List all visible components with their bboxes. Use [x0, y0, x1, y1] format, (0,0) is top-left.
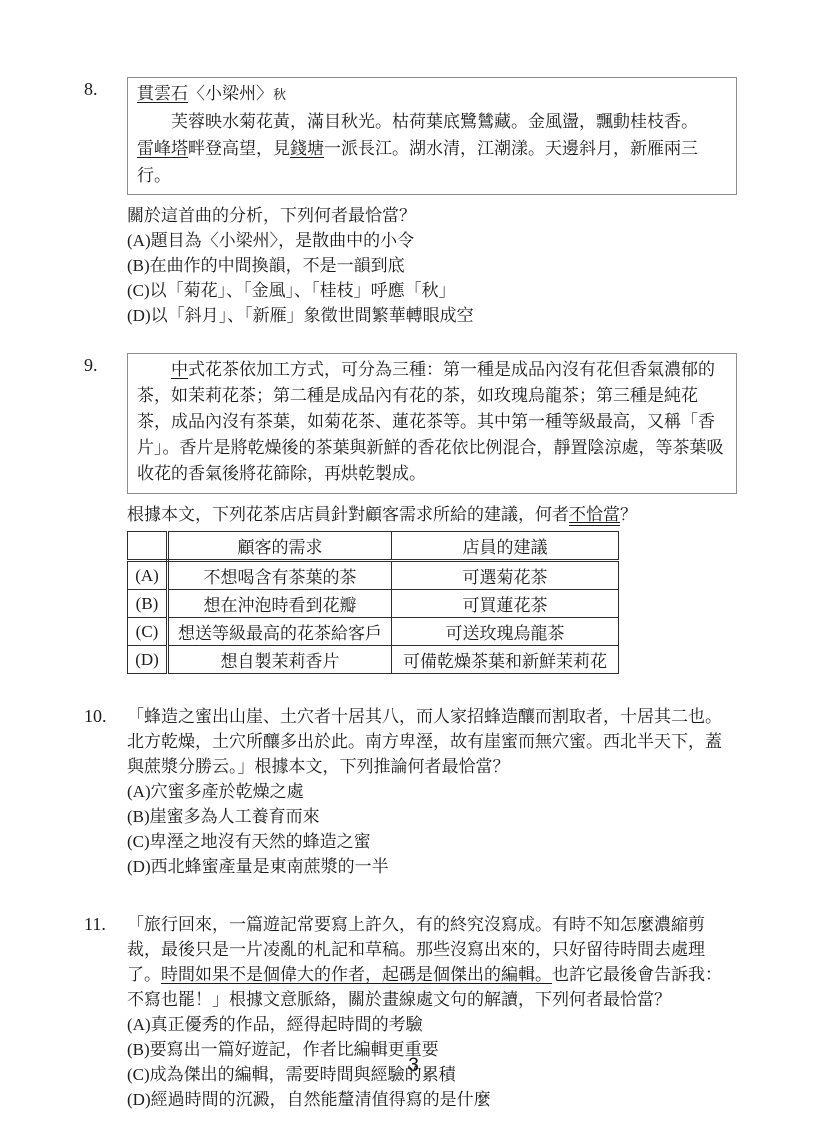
row-label: (D) — [128, 646, 168, 674]
table-corner-cell — [128, 532, 168, 561]
row-need: 不想喝含有茶葉的茶 — [168, 561, 392, 590]
question-11-number: 11. — [84, 912, 127, 937]
row-label: (B) — [128, 590, 168, 618]
question-8-option-a: (A)題目為〈小梁州〉，是散曲中的小令 — [127, 228, 737, 253]
passage-text: 畔登高望，見 — [188, 139, 290, 158]
row-advice: 可選菊花茶 — [392, 561, 619, 590]
row-label: (A) — [128, 561, 168, 590]
question-9-prompt: 根據本文，下列花茶店店員針對顧客需求所給的建議，何者不恰當？ — [127, 502, 737, 527]
table-header-advice: 店員的建議 — [392, 532, 619, 561]
question-11-body: 「旅行回來，一篇遊記常要寫上許久，有的終究沒寫成。有時不知怎麼濃縮剪裁，最後只是… — [127, 912, 737, 1112]
question-9-passage-box: 中式花茶依加工方式，可分為三種：第一種是成品內沒有花但香氣濃郁的茶，如茉莉花茶；… — [127, 353, 737, 494]
question-8-passage-box: 貫雲石〈小梁州〉秋 芙蓉映水菊花黃，滿目秋光。枯荷葉底鷺鷥藏。金風盪，飄動桂枝香… — [127, 77, 737, 195]
question-9-table: 顧客的需求 店員的建議 (A) 不想喝含有茶葉的茶 可選菊花茶 (B) 想在沖泡… — [127, 531, 619, 674]
question-11-text: 「旅行回來，一篇遊記常要寫上許久，有的終究沒寫成。有時不知怎麼濃縮剪裁，最後只是… — [127, 912, 737, 1012]
underlined-place-name: 雷峰塔 — [137, 139, 188, 158]
question-10-option-d: (D)西北蜂蜜產量是東南蔗漿的一半 — [127, 854, 737, 879]
row-label: (C) — [128, 618, 168, 646]
underlined-author-name: 貫雲石 — [137, 84, 188, 103]
passage-line-2: 芙蓉映水菊花黃，滿目秋光。枯荷葉底鷺鷥藏。金風盪，飄動桂枝香。 — [137, 108, 726, 135]
question-10: 10. 「蜂造之蜜出山崖、土穴者十居其八，而人家招蜂造釀而割取者，十居其二也。北… — [84, 704, 737, 879]
question-11: 11. 「旅行回來，一篇遊記常要寫上許久，有的終究沒寫成。有時不知怎麼濃縮剪裁，… — [84, 912, 737, 1112]
question-8-option-d: (D)以「斜月」、「新雁」象徵世間繁華轉眼成空 — [127, 303, 737, 328]
table-header: 顧客的需求 店員的建議 — [128, 532, 619, 561]
double-underlined-term: 不恰當 — [569, 505, 620, 524]
question-8-prompt: 關於這首曲的分析，下列何者最恰當？ — [127, 203, 737, 228]
question-9: 9. 中式花茶依加工方式，可分為三種：第一種是成品內沒有花但香氣濃郁的茶，如茉莉… — [84, 353, 737, 674]
question-8-option-b: (B)在曲作的中間換韻，不是一韻到底 — [127, 253, 737, 278]
question-10-number: 10. — [84, 704, 127, 729]
underlined-first-char: 中 — [171, 360, 188, 379]
work-title: 〈小梁州〉 — [188, 84, 273, 103]
question-10-option-c: (C)卑溼之地沒有天然的蜂造之蜜 — [127, 829, 737, 854]
underlined-place-name: 錢塘 — [290, 139, 324, 158]
table-row-b: (B) 想在沖泡時看到花瓣 可買蓮花茶 — [128, 590, 619, 618]
row-need: 想在沖泡時看到花瓣 — [168, 590, 392, 618]
question-10-option-a: (A)穴蜜多產於乾燥之處 — [127, 779, 737, 804]
row-advice: 可買蓮花茶 — [392, 590, 619, 618]
row-advice: 可備乾燥茶葉和新鮮茉莉花 — [392, 646, 619, 674]
exam-page: 8. 貫雲石〈小梁州〉秋 芙蓉映水菊花黃，滿目秋光。枯荷葉底鷺鷥藏。金風盪，飄動… — [0, 0, 827, 1142]
row-advice: 可送玫瑰烏龍茶 — [392, 618, 619, 646]
question-11-option-d: (D)經過時間的沉澱，自然能釐清值得寫的是什麼 — [127, 1087, 737, 1112]
passage-text: 式花茶依加工方式，可分為三種：第一種是成品內沒有花但香氣濃郁的茶，如茉莉花茶；第… — [137, 360, 724, 483]
passage-line-3: 雷峰塔畔登高望，見錢塘一派長江。湖水清，江潮漾。天邊斜月，新雁兩三行。 — [137, 135, 726, 189]
prompt-text: ？ — [620, 505, 637, 524]
table-body: (A) 不想喝含有茶葉的茶 可選菊花茶 (B) 想在沖泡時看到花瓣 可買蓮花茶 … — [128, 561, 619, 674]
row-need: 想送等級最高的花茶給客戶 — [168, 618, 392, 646]
passage-paragraph: 中式花茶依加工方式，可分為三種：第一種是成品內沒有花但香氣濃郁的茶，如茉莉花茶；… — [137, 357, 726, 487]
page-number: 3 — [0, 1055, 827, 1077]
question-8-number: 8. — [84, 77, 127, 102]
question-8-body: 貫雲石〈小梁州〉秋 芙蓉映水菊花黃，滿目秋光。枯荷葉底鷺鷥藏。金風盪，飄動桂枝香… — [127, 77, 737, 328]
table-header-row: 顧客的需求 店員的建議 — [128, 532, 619, 561]
question-10-option-b: (B)崖蜜多為人工養育而來 — [127, 804, 737, 829]
season-label: 秋 — [273, 87, 286, 102]
question-8: 8. 貫雲石〈小梁州〉秋 芙蓉映水菊花黃，滿目秋光。枯荷葉底鷺鷥藏。金風盪，飄動… — [84, 77, 737, 328]
table-header-need: 顧客的需求 — [168, 532, 392, 561]
question-11-option-a: (A)真正優秀的作品，經得起時間的考驗 — [127, 1012, 737, 1037]
question-10-text: 「蜂造之蜜出山崖、土穴者十居其八，而人家招蜂造釀而割取者，十居其二也。北方乾燥，… — [127, 704, 737, 779]
table-row-c: (C) 想送等級最高的花茶給客戶 可送玫瑰烏龍茶 — [128, 618, 619, 646]
question-9-body: 中式花茶依加工方式，可分為三種：第一種是成品內沒有花但香氣濃郁的茶，如茉莉花茶；… — [127, 353, 737, 674]
table-row-a: (A) 不想喝含有茶葉的茶 可選菊花茶 — [128, 561, 619, 590]
passage-title-line: 貫雲石〈小梁州〉秋 — [137, 80, 726, 108]
underlined-sentence: 時間如果不是個偉大的作者，起碼是個傑出的編輯。 — [161, 965, 552, 984]
question-10-body: 「蜂造之蜜出山崖、土穴者十居其八，而人家招蜂造釀而割取者，十居其二也。北方乾燥，… — [127, 704, 737, 879]
question-9-number: 9. — [84, 353, 127, 378]
table-row-d: (D) 想自製茉莉香片 可備乾燥茶葉和新鮮茉莉花 — [128, 646, 619, 674]
question-8-option-c: (C)以「菊花」、「金風」、「桂枝」呼應「秋」 — [127, 278, 737, 303]
prompt-text: 根據本文，下列花茶店店員針對顧客需求所給的建議，何者 — [127, 505, 569, 524]
row-need: 想自製茉莉香片 — [168, 646, 392, 674]
